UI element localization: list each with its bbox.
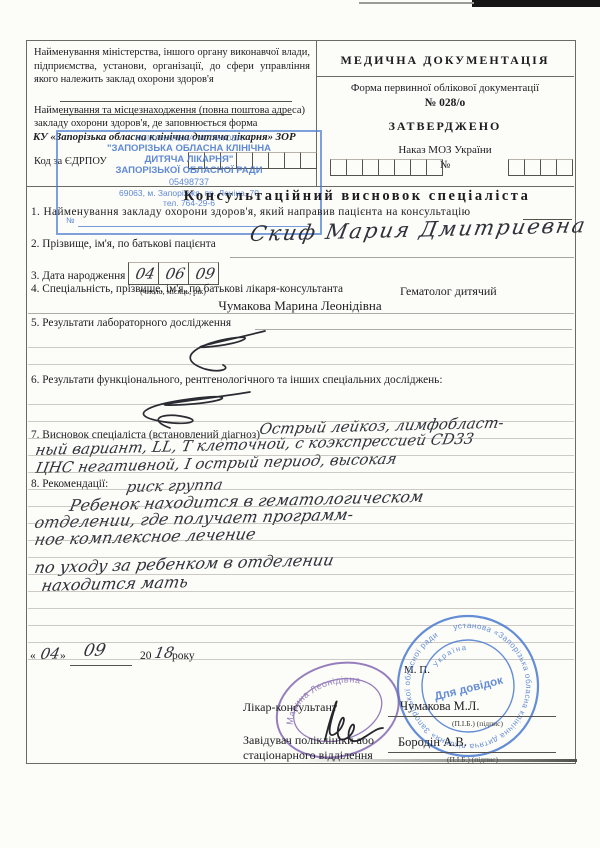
rule-line <box>28 540 574 541</box>
approved-label: ЗАТВЕРДЖЕНО <box>316 119 574 134</box>
form-number: № 028/о <box>316 97 574 109</box>
rule-line <box>28 523 574 524</box>
doc-type-title: МЕДИЧНА ДОКУМЕНТАЦІЯ <box>316 53 574 68</box>
scan-artifact-edge <box>472 0 600 7</box>
stamp-line: ДИТЯЧА ЛІКАРНЯ" <box>58 154 320 165</box>
dob-year: 09 <box>194 264 217 282</box>
ministry-label: Найменування міністерства, іншого органу… <box>34 46 310 87</box>
rule-line <box>28 364 574 365</box>
stamp-edrpou-code: 05498737 <box>58 177 320 187</box>
round-stamp-inner-text: Україна <box>428 642 471 670</box>
dob-cells: 04 06 09 <box>128 262 219 285</box>
dob-month: 06 <box>164 264 187 282</box>
head-sign-line <box>388 752 556 753</box>
item3-label: 3. Дата народження <box>31 270 125 282</box>
consultant-specialty: Гематолог дитячий <box>400 284 497 299</box>
date-suffix: року <box>172 650 195 662</box>
order-cells-right <box>508 159 573 176</box>
form-line: Форма первинної облікової документації <box>316 82 574 94</box>
consultant-fullname: Чумакова Марина Леонідівна <box>150 298 450 314</box>
head-name: Бородін А.В. <box>398 735 467 750</box>
item2-label: 2. Прізвище, ім'я, по батькові пацієнта <box>31 238 216 250</box>
stamp-line: ЗАПОРІЗЬКОЇ ОБЛАСНОЇ РАДИ <box>58 165 320 176</box>
blank-line-1 <box>60 101 292 102</box>
head-label-line1: Завідувач поліклініки або <box>243 733 374 748</box>
date-day-handwritten: 04 <box>39 645 62 663</box>
order-cells-left <box>330 159 443 176</box>
item6-label: 6. Результати функціонального, рентгенол… <box>31 374 442 386</box>
rule-line <box>28 347 574 348</box>
stamp-line: КОМУНАЛЬНА УСТАНОВА <box>58 133 320 143</box>
address-label: Найменування та місцезнаходження (повна … <box>34 104 314 130</box>
item2-line <box>230 257 574 258</box>
date-quote-close: » <box>60 650 66 662</box>
date-month-handwritten: 09 <box>82 640 107 661</box>
item1-label: 1. Найменування закладу охорони здоров'я… <box>31 206 471 218</box>
scan-bottom-shadow <box>295 759 577 762</box>
date-quote-open: « <box>30 650 36 662</box>
rule-line <box>28 574 574 575</box>
item4-label: 4. Спеціальність, прізвище, ім'я, по бат… <box>31 283 343 295</box>
consultant-sign-line <box>388 716 556 717</box>
consultant-pib-hint: (П.І.Б.) (підпис) <box>452 719 503 728</box>
strikethrough-squiggle-item5 <box>165 325 295 380</box>
rule-line <box>28 472 574 473</box>
item8-label: 8. Рекомендації: <box>31 478 108 490</box>
stamp-line: "ЗАПОРІЗЬКА ОБЛАСНА КЛІНІЧНА <box>58 143 320 154</box>
rule-line <box>28 506 574 507</box>
rule-line <box>28 455 574 456</box>
scanned-medical-form: Найменування міністерства, іншого органу… <box>0 0 600 848</box>
rule-line <box>28 313 574 314</box>
doc-type-underline <box>316 76 574 77</box>
date-month-line <box>70 665 132 666</box>
item5-line <box>255 329 572 330</box>
order-line: Наказ МОЗ України <box>316 144 574 156</box>
rule-line <box>28 557 574 558</box>
rule-line <box>28 404 574 405</box>
rule-line <box>28 438 574 439</box>
consultant-label: Лікар-консультант <box>243 700 337 715</box>
facility-stamp-rect: КОМУНАЛЬНА УСТАНОВА "ЗАПОРІЗЬКА ОБЛАСНА … <box>56 130 322 235</box>
dob-day: 04 <box>134 264 157 282</box>
rule-line <box>28 591 574 592</box>
year-prefix: 20 <box>140 650 152 662</box>
scan-artifact-edge-2 <box>359 2 474 4</box>
svg-text:Україна: Україна <box>428 642 471 670</box>
consultant-name: Чумакова М.Л. <box>400 699 480 714</box>
page-title: Консультаційний висновок спеціаліста <box>140 188 574 205</box>
